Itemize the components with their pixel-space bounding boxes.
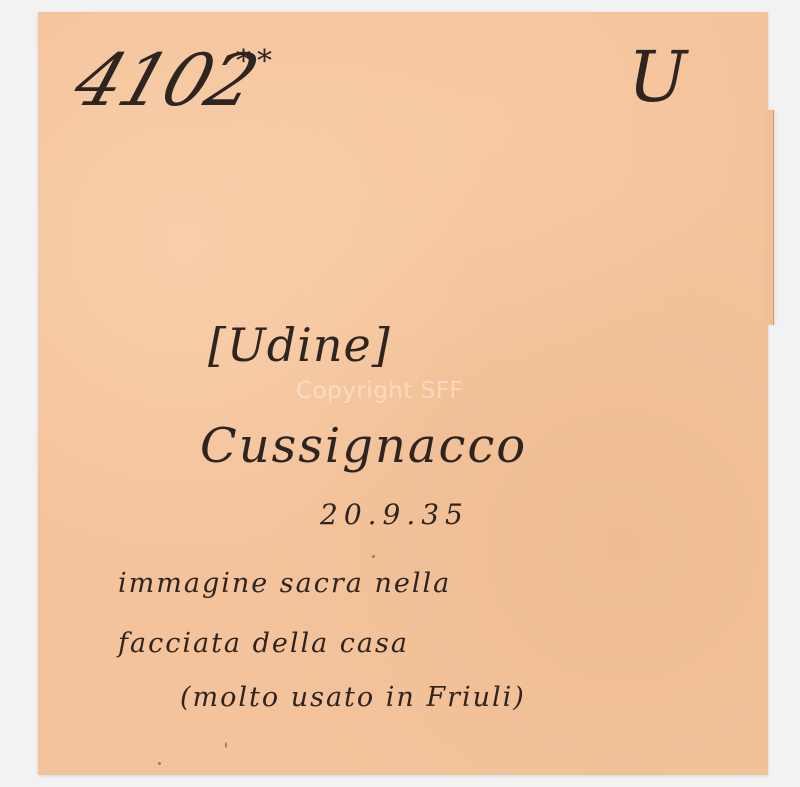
description-line-2: facciata della casa — [118, 628, 409, 659]
region-code: U — [628, 36, 688, 118]
description-line-1: immagine sacra nella — [118, 568, 451, 599]
paper-speck — [225, 742, 227, 748]
description-line-3: (molto usato in Friuli) — [180, 682, 526, 713]
folded-edge — [765, 110, 774, 325]
province: [Udine] — [208, 318, 391, 372]
copyright-watermark: Copyright SFF — [296, 378, 463, 404]
paper-speck — [158, 762, 161, 765]
town-name: Cussignacco — [200, 418, 527, 474]
date: 20.9.35 — [320, 498, 469, 531]
paper-speck — [372, 555, 375, 558]
catalog-marks: ** — [236, 44, 278, 79]
